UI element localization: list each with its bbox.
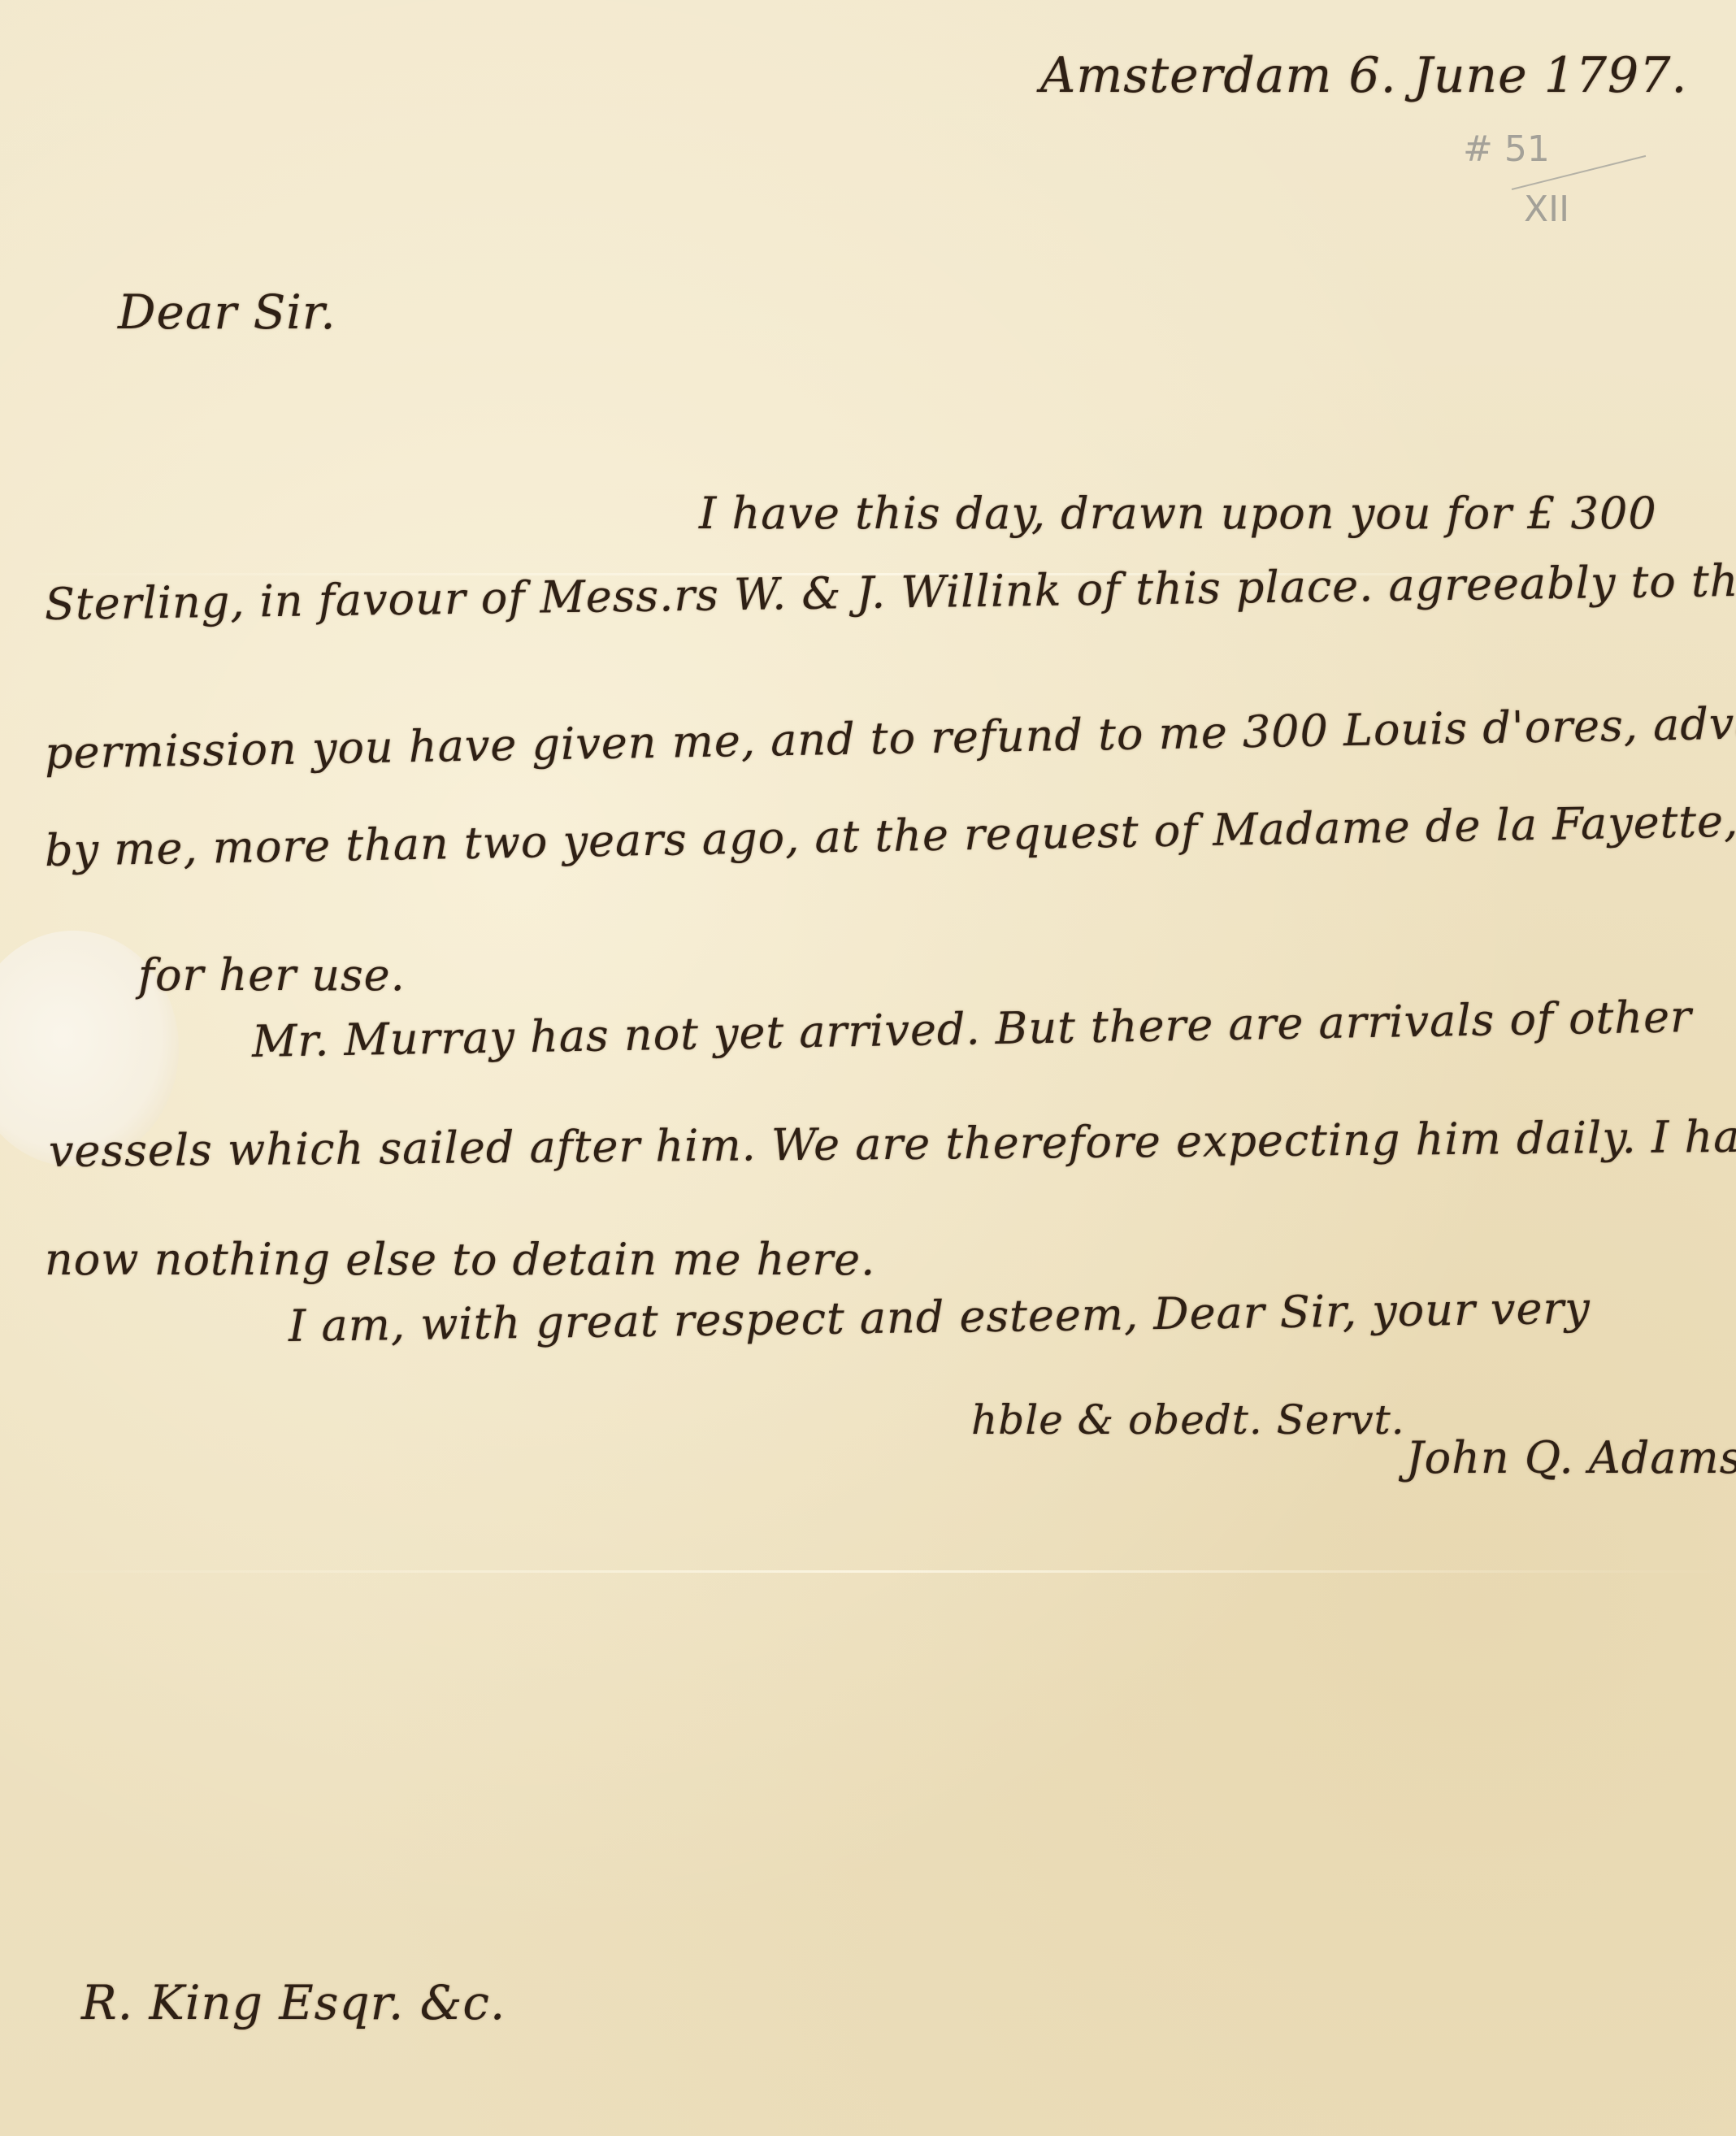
archive-roman-mark: XII bbox=[1524, 189, 1569, 230]
letter-page: Amsterdam 6. June 1797. # 51 XII Dear Si… bbox=[0, 0, 1736, 2136]
body-line: now nothing else to detain me here. bbox=[45, 1234, 875, 1285]
signature: John Q. Adams bbox=[1406, 1432, 1736, 1483]
paper-fold-line bbox=[0, 1570, 1736, 1573]
body-line: I am, with great respect and esteem, Dea… bbox=[289, 1283, 1591, 1352]
body-line: for her use. bbox=[138, 949, 406, 1001]
closing: hble & obedt. Servt. bbox=[971, 1396, 1405, 1444]
body-line: vessels which sailed after him. We are t… bbox=[49, 1110, 1736, 1177]
salutation: Dear Sir. bbox=[118, 284, 336, 340]
body-line: by me, more than two years ago, at the r… bbox=[44, 796, 1736, 876]
body-line: Sterling, in favour of Mess.rs W. & J. W… bbox=[45, 554, 1736, 630]
body-line: I have this day, drawn upon you for £ 30… bbox=[699, 488, 1657, 539]
archive-number-mark: # 51 bbox=[1463, 128, 1550, 170]
body-line: permission you have given me, and to ref… bbox=[44, 696, 1736, 779]
dateline: Amsterdam 6. June 1797. bbox=[1040, 47, 1687, 104]
addressee: R. King Esqr. &c. bbox=[81, 1975, 506, 2030]
body-line: Mr. Murray has not yet arrived. But ther… bbox=[251, 991, 1692, 1067]
